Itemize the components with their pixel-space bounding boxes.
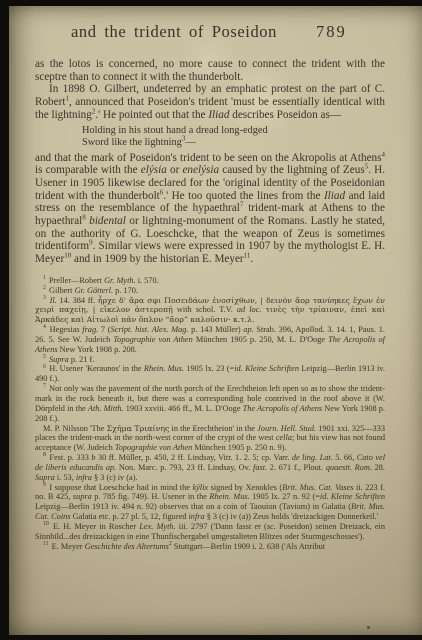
page-title: and the trident of Poseidon — [71, 22, 277, 42]
verse-line: Sword like the lightning3— — [82, 137, 385, 149]
paragraph: In 1898 O. Gilbert, undeterred by an emp… — [35, 83, 385, 121]
scan-speck — [367, 626, 370, 629]
footnote-marker: 11 — [43, 541, 49, 547]
footnote-marker: 5 — [43, 354, 46, 360]
footnote-marker: 3 — [43, 295, 46, 301]
footnote-marker: 2 — [43, 285, 46, 291]
footnote: 6 H. Usener 'Keraunos' in the Rhein. Mus… — [35, 364, 385, 384]
footnote: 8 Fest. p. 333 b 30 ff. Müller, p. 450, … — [35, 453, 385, 483]
footnotes-block: 1 Preller—Robert Gr. Myth. i. 570.2 Gilb… — [35, 276, 385, 552]
running-header: and the trident of Poseidon 789 — [35, 22, 412, 46]
footnote: 4 Hegesias frag. 7 (Script. hist. Alex. … — [35, 325, 385, 355]
footnote-marker: 8 — [43, 452, 46, 458]
footnote-marker: 7 — [43, 383, 46, 389]
footnote: 2 Gilbert Gr. Götterl. p. 170. — [35, 286, 385, 296]
footnote: 7 Not only was the pavement of the north… — [35, 384, 385, 423]
paragraph-continuation: as the lotos is concerned, no more cause… — [35, 58, 385, 83]
footnote-marker: 4 — [43, 324, 46, 330]
footnote: 1 Preller—Robert Gr. Myth. i. 570. — [35, 276, 385, 286]
footnote-marker: 9 — [43, 482, 46, 488]
footnote-marker: 10 — [43, 521, 49, 527]
footnote-marker: 6 — [43, 364, 46, 370]
body-text: as the lotos is concerned, no more cause… — [35, 58, 385, 266]
footnote: 3 Il. 14. 384 ff. ἦρχε δ' ἄρα σφι Ποσειδ… — [35, 296, 385, 326]
book-page: and the trident of Poseidon 789 as the l… — [9, 6, 422, 635]
footnote: 5 Supra p. 21 f. — [35, 355, 385, 365]
footnote: 9 I suppose that Loeschcke had in mind t… — [35, 483, 385, 522]
footnote: 10 E. H. Meyer in Roscher Lex. Myth. iii… — [35, 522, 385, 542]
verse-quote: Holding in his stout hand a dread long-e… — [82, 125, 385, 149]
verse-line: Holding in his stout hand a dread long-e… — [82, 125, 385, 137]
paragraph-continuation: and that the mark of Poseidon's trident … — [35, 152, 385, 266]
footnote-marker: 1 — [43, 275, 46, 281]
footnote: M. P. Nilsson 'The Σχῆμα Τριαίνης in the… — [35, 424, 385, 454]
footnote: 11 E. Meyer Geschichte des Altertums2 St… — [35, 542, 385, 552]
page-number: 789 — [316, 22, 347, 42]
